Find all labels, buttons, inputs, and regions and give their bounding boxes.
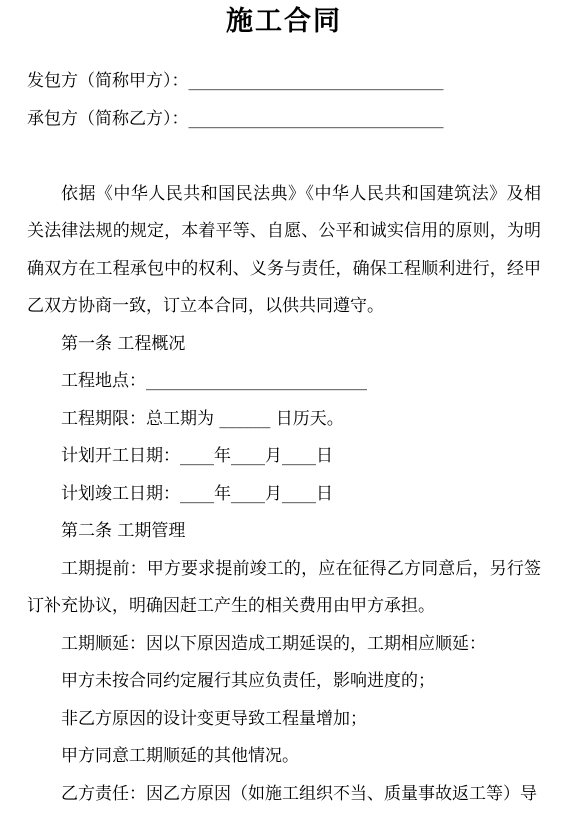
extension-item-2: 非乙方原因的设计变更导致工程量增加； (27, 701, 541, 739)
extension-item-3: 甲方同意工期顺延的其他情况。 (27, 738, 541, 776)
project-location-line: 工程地点：__________________________ (27, 363, 541, 401)
project-duration-prefix: 工程期限：总工期为 (61, 409, 219, 429)
project-duration-blank: ______ (219, 409, 270, 429)
party-b-label: 承包方（简称乙方）： (27, 109, 189, 129)
project-location-blank: __________________________ (146, 371, 367, 391)
schedule-advance-clause: 工期提前：甲方要求提前竣工的，应在征得乙方同意后，另行签订补充协议，明确因赶工产… (27, 551, 541, 626)
section2-heading: 第二条 工期管理 (27, 513, 541, 551)
contractor-responsibility-clause: 乙方责任：因乙方原因（如施工组织不当、质量事故返工等）导 (27, 776, 541, 814)
document-title: 施工合同 (27, 2, 541, 42)
project-duration-suffix: 日历天。 (270, 409, 343, 429)
project-location-label: 工程地点： (61, 371, 146, 391)
party-b-blank: ______________________________ (189, 109, 444, 129)
extension-item-1: 甲方未按合同约定履行其应负责任，影响进度的； (27, 663, 541, 701)
party-b-line: 承包方（简称乙方）：______________________________ (27, 101, 541, 139)
section1-heading: 第一条 工程概况 (27, 326, 541, 364)
contract-document: 施工合同 发包方（简称甲方）：_________________________… (27, 0, 541, 813)
party-a-label: 发包方（简称甲方）： (27, 71, 189, 91)
schedule-extension-intro: 工期顺延：因以下原因造成工期延误的，工期相应顺延： (27, 626, 541, 664)
project-duration-line: 工程期限：总工期为 ______ 日历天。 (27, 401, 541, 439)
party-a-blank: ______________________________ (189, 71, 444, 91)
planned-start-date-line: 计划开工日期：____年____月____日 (27, 438, 541, 476)
planned-completion-date-line: 计划竣工日期：____年____月____日 (27, 476, 541, 514)
party-a-line: 发包方（简称甲方）：______________________________ (27, 63, 541, 101)
preamble-paragraph: 依据《中华人民共和国民法典》《中华人民共和国建筑法》及相关法律法规的规定，本着平… (27, 176, 541, 326)
